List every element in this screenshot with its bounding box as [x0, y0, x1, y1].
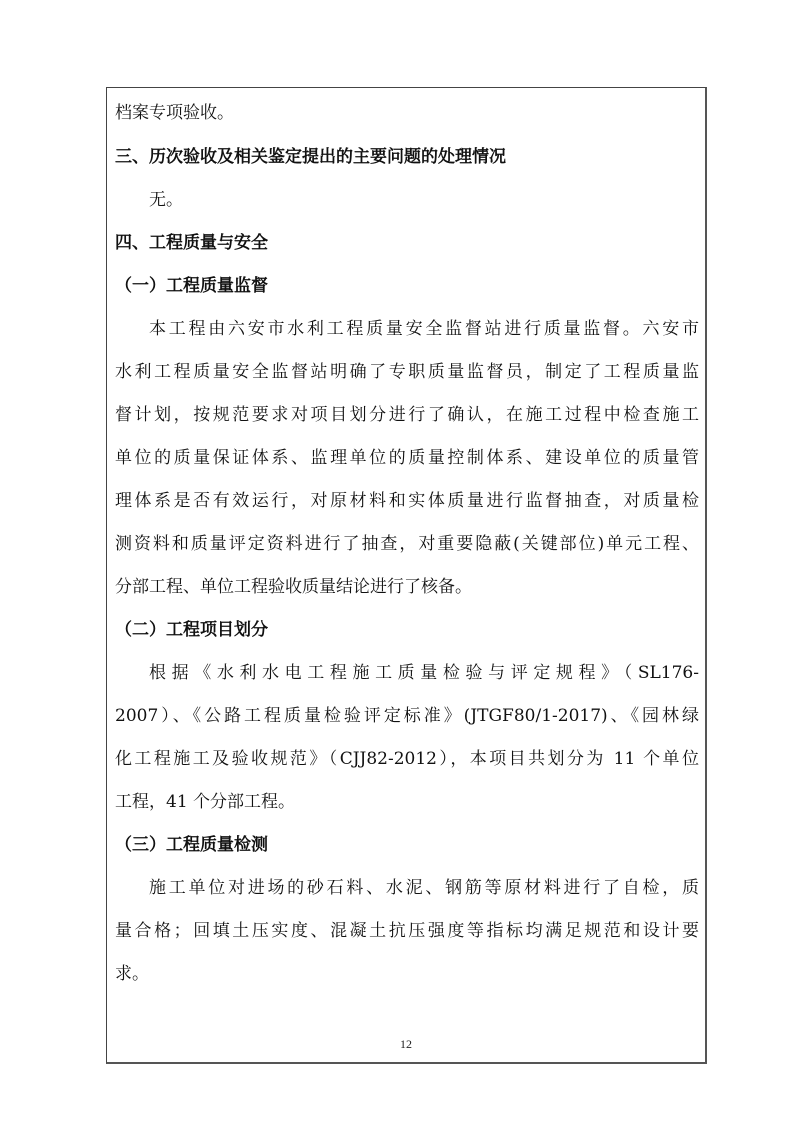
- paragraph-line: 2007）、《公路工程质量检验评定标准》(JTGF80/1-2017)、《园林绿: [115, 705, 699, 727]
- paragraph-line: 督计划，按规范要求对项目划分进行了确认，在施工过程中检查施工: [115, 404, 699, 426]
- paragraph-line: 化工程施工及验收规范》（CJJ82-2012），本项目共划分为 11 个单位: [115, 748, 699, 770]
- paragraph-line: 理体系是否有效运行，对原材料和实体质量进行监督抽查，对质量检: [115, 490, 699, 512]
- paragraph-line: 水利工程质量安全监督站明确了专职质量监督员，制定了工程质量监: [115, 361, 699, 383]
- paragraph-line: 单位的质量保证体系、监理单位的质量控制体系、建设单位的质量管: [115, 447, 699, 469]
- text-none: 无。: [115, 189, 183, 211]
- subheading-project-division: （二）工程项目划分: [115, 619, 268, 641]
- heading-section-4: 四、工程质量与安全: [115, 232, 268, 254]
- subheading-quality-supervision: （一）工程质量监督: [115, 275, 268, 297]
- paragraph-line: 量合格；回填土压实度、混凝土抗压强度等指标均满足规范和设计要: [115, 920, 699, 942]
- paragraph-line: 本工程由六安市水利工程质量安全监督站进行质量监督。六安市: [115, 318, 699, 340]
- page-number: 12: [107, 1037, 705, 1052]
- paragraph-line: 施工单位对进场的砂石料、水泥、钢筋等原材料进行了自检，质: [115, 877, 699, 899]
- heading-section-3: 三、历次验收及相关鉴定提出的主要问题的处理情况: [115, 146, 506, 168]
- subheading-quality-testing: （三）工程质量检测: [115, 834, 268, 856]
- text-archive-acceptance: 档案专项验收。: [115, 102, 234, 124]
- paragraph-line: 测资料和质量评定资料进行了抽查，对重要隐蔽(关键部位)单元工程、: [115, 533, 699, 555]
- paragraph-line: 工程，41 个分部工程。: [115, 791, 295, 813]
- paragraph-line: 求。: [115, 963, 149, 985]
- paragraph-line: 分部工程、单位工程验收质量结论进行了核备。: [115, 576, 472, 598]
- page-frame: 档案专项验收。 三、历次验收及相关鉴定提出的主要问题的处理情况 无。 四、工程质…: [106, 87, 707, 1064]
- paragraph-line: 根据《水利水电工程施工质量检验与评定规程》（SL176-: [115, 662, 699, 684]
